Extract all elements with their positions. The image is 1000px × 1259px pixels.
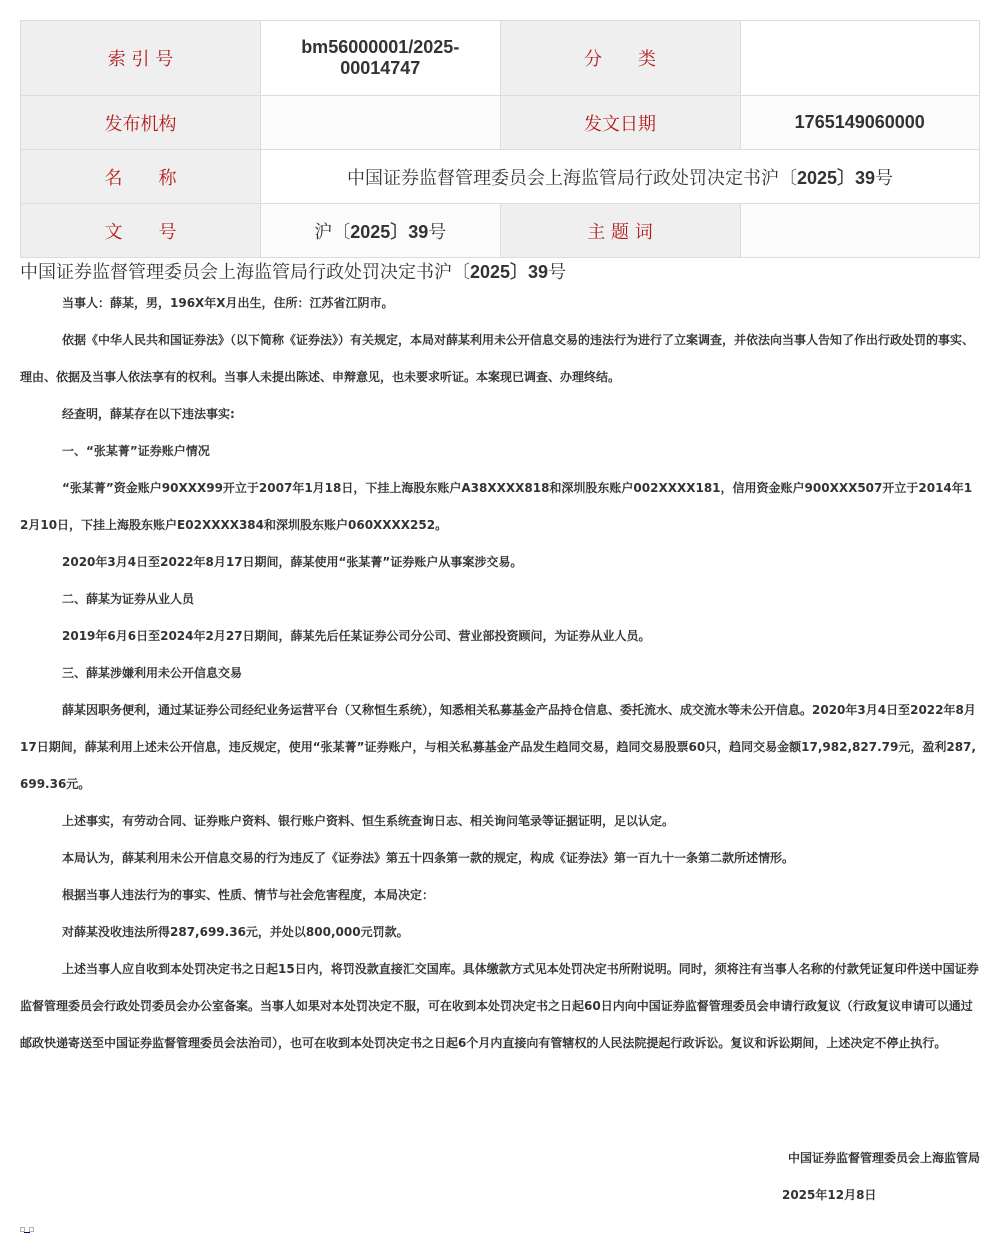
- paragraph-decision-intro: 根据当事人违法行为的事实、性质、情节与社会危害程度，本局决定：: [20, 877, 980, 914]
- document-body: 当事人：薛某，男，196X年X月出生，住所：江苏省江阴市。 依据《中华人民共和国…: [20, 285, 980, 1062]
- name-value-suffix: 号: [875, 168, 893, 189]
- paragraph-account-info: “张某菁”资金账户90XXX99开立于2007年1月18日，下挂上海股东账户A3…: [20, 470, 980, 544]
- document-number-label: 文 号: [21, 204, 261, 258]
- issue-date-value: 1765149060000: [740, 96, 980, 150]
- doc-no-suffix: 号: [428, 222, 446, 243]
- paragraph-payment-appeal: 上述当事人应自收到本处罚决定书之日起15日内，将罚没款直接汇交国库。具体缴款方式…: [20, 951, 980, 1062]
- keywords-value: [740, 204, 980, 258]
- signature-organization: 中国证券监督管理委员会上海监管局: [788, 1140, 980, 1177]
- paragraph-employment: 2019年6月6日至2024年2月27日期间，薛某先后任某证券公司分公司、营业部…: [20, 618, 980, 655]
- index-number-value: bm56000001/2025-00014747: [261, 21, 501, 96]
- document-title: 中国证券监督管理委员会上海监管局行政处罚决定书沪〔2025〕39号: [20, 259, 566, 286]
- title-year: 2025: [470, 262, 510, 282]
- section-heading-2: 二、薛某为证券从业人员: [20, 581, 980, 618]
- broken-image-icon[interactable]: [20, 1226, 34, 1234]
- placeholder-box-icon: [29, 1227, 34, 1232]
- signature-date: 2025年12月8日: [782, 1177, 980, 1214]
- category-value: [740, 21, 980, 96]
- section-heading-3: 三、薛某涉嫌利用未公开信息交易: [20, 655, 980, 692]
- paragraph-trading: 薛某因职务便利，通过某证券公司经纪业务运营平台（又称恒生系统），知悉相关私募基金…: [20, 692, 980, 803]
- name-value: 中国证券监督管理委员会上海监管局行政处罚决定书沪〔2025〕39号: [261, 150, 980, 204]
- paragraph-party: 当事人：薛某，男，196X年X月出生，住所：江苏省江阴市。: [20, 285, 980, 322]
- paragraph-evidence: 上述事实，有劳动合同、证券账户资料、银行账户资料、恒生系统查询日志、相关询问笔录…: [20, 803, 980, 840]
- issue-date-label: 发文日期: [500, 96, 740, 150]
- paragraph-account-use: 2020年3月4日至2022年8月17日期间，薛某使用“张某菁”证券账户从事案涉…: [20, 544, 980, 581]
- paragraph-penalty: 对薛某没收违法所得287,699.36元，并处以800,000元罚款。: [20, 914, 980, 951]
- category-label: 分 类: [500, 21, 740, 96]
- link-underline: [24, 1232, 30, 1233]
- paragraph-findings-intro: 经查明，薛某存在以下违法事实:: [20, 396, 980, 433]
- metadata-row: 文 号 沪〔2025〕39号 主 题 词: [21, 204, 980, 258]
- doc-no-year: 2025: [350, 222, 390, 242]
- signature-block: 中国证券监督管理委员会上海监管局 2025年12月8日: [788, 1140, 980, 1214]
- publisher-value: [261, 96, 501, 150]
- document-metadata-table: 索 引 号 bm56000001/2025-00014747 分 类 发布机构 …: [20, 20, 980, 258]
- index-number-label: 索 引 号: [21, 21, 261, 96]
- name-label: 名 称: [21, 150, 261, 204]
- name-value-year: 2025: [797, 168, 837, 188]
- title-number: 〕39: [510, 262, 548, 282]
- doc-no-prefix: 沪〔: [314, 222, 350, 243]
- document-number-value: 沪〔2025〕39号: [261, 204, 501, 258]
- publisher-label: 发布机构: [21, 96, 261, 150]
- paragraph-basis: 依据《中华人民共和国证券法》（以下简称《证券法》）有关规定，本局对薛某利用未公开…: [20, 322, 980, 396]
- metadata-row: 发布机构 发文日期 1765149060000: [21, 96, 980, 150]
- name-value-number: 〕39: [837, 168, 875, 188]
- keywords-label: 主 题 词: [500, 204, 740, 258]
- title-suffix: 号: [548, 262, 566, 283]
- name-value-prefix: 中国证券监督管理委员会上海监管局行政处罚决定书沪〔: [347, 168, 797, 189]
- title-prefix: 中国证券监督管理委员会上海监管局行政处罚决定书沪〔: [20, 262, 470, 283]
- doc-no-number: 〕39: [390, 222, 428, 242]
- metadata-row: 索 引 号 bm56000001/2025-00014747 分 类: [21, 21, 980, 96]
- section-heading-1: 一、“张某菁”证券账户情况: [20, 433, 980, 470]
- paragraph-violation: 本局认为，薛某利用未公开信息交易的行为违反了《证券法》第五十四条第一款的规定，构…: [20, 840, 980, 877]
- metadata-row: 名 称 中国证券监督管理委员会上海监管局行政处罚决定书沪〔2025〕39号: [21, 150, 980, 204]
